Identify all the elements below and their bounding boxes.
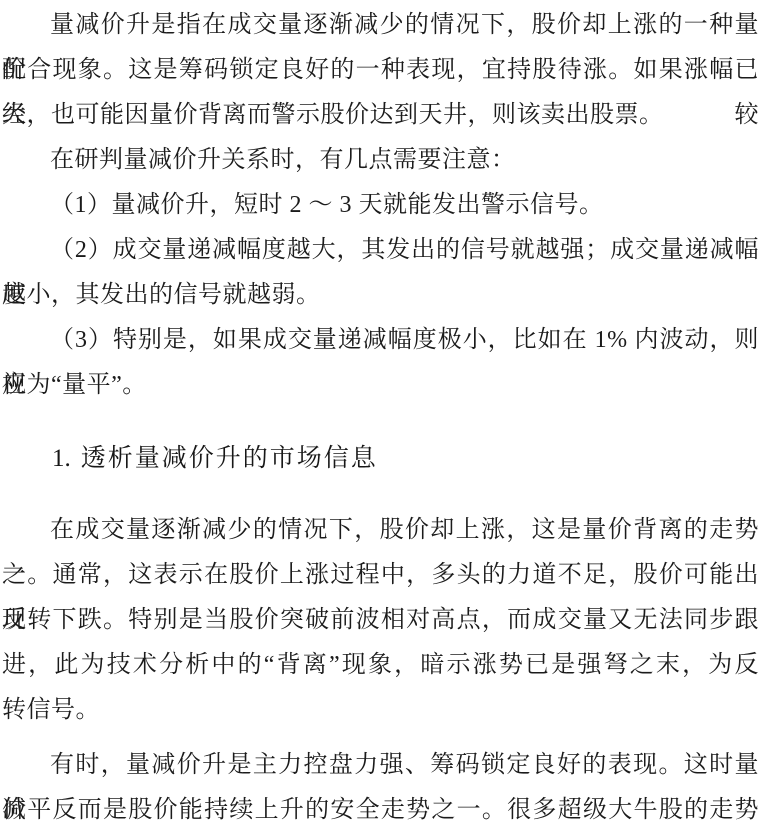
text-line: 转信号。 <box>2 688 759 733</box>
text-line: 越小，其发出的信号就越弱。 <box>2 273 759 318</box>
numbered-point-line: （1）量减价升，短时 2 ～ 3 天就能发出警示信号。 <box>2 183 759 228</box>
text-line: 量减价升是指在成交量逐渐减少的情况下，股价却上涨的一种量价 <box>2 3 759 48</box>
text-line: 进，此为技术分析中的“背离”现象，暗示涨势已是强弩之末，为反 <box>2 643 759 688</box>
text-line: 价平反而是股价能持续上升的安全走势之一。很多超级大牛股的走势总 <box>2 788 759 830</box>
text-line: 视为“量平”。 <box>2 363 759 408</box>
text-line: 在成交量逐渐减少的情况下，股价却上涨，这是量价背离的走势之 <box>2 508 759 553</box>
numbered-point-line: （2）成交量递减幅度越大，其发出的信号就越强；成交量递减幅度 <box>2 228 759 273</box>
text-line: 在研判量减价升关系时，有几点需要注意： <box>2 138 759 183</box>
text-line: 反转下跌。特别是当股价突破前波相对高点，而成交量又无法同步跟 <box>2 598 759 643</box>
section-heading-number: 1. <box>52 445 71 472</box>
text-line: 配合现象。这是筹码锁定良好的一种表现，宜持股待涨。如果涨幅已经较 <box>2 48 759 93</box>
text-line: 有时，量减价升是主力控盘力强、筹码锁定良好的表现。这时量减 <box>2 743 759 788</box>
text-line: 一。通常，这表示在股价上涨过程中，多头的力道不足，股价可能出现 <box>2 553 759 598</box>
section-heading-title: 透析量减价升的市场信息 <box>81 445 378 472</box>
numbered-point-line: （3）特别是，如果成交量递减幅度极小，比如在 1% 内波动，则应 <box>2 318 759 363</box>
page-container: 量减价升是指在成交量逐渐减少的情况下，股价却上涨的一种量价 配合现象。这是筹码锁… <box>0 0 761 830</box>
section-heading: 1.透析量减价升的市场信息 <box>2 436 759 481</box>
text-line: 大，也可能因量价背离而警示股价达到天井，则该卖出股票。 <box>2 93 759 138</box>
